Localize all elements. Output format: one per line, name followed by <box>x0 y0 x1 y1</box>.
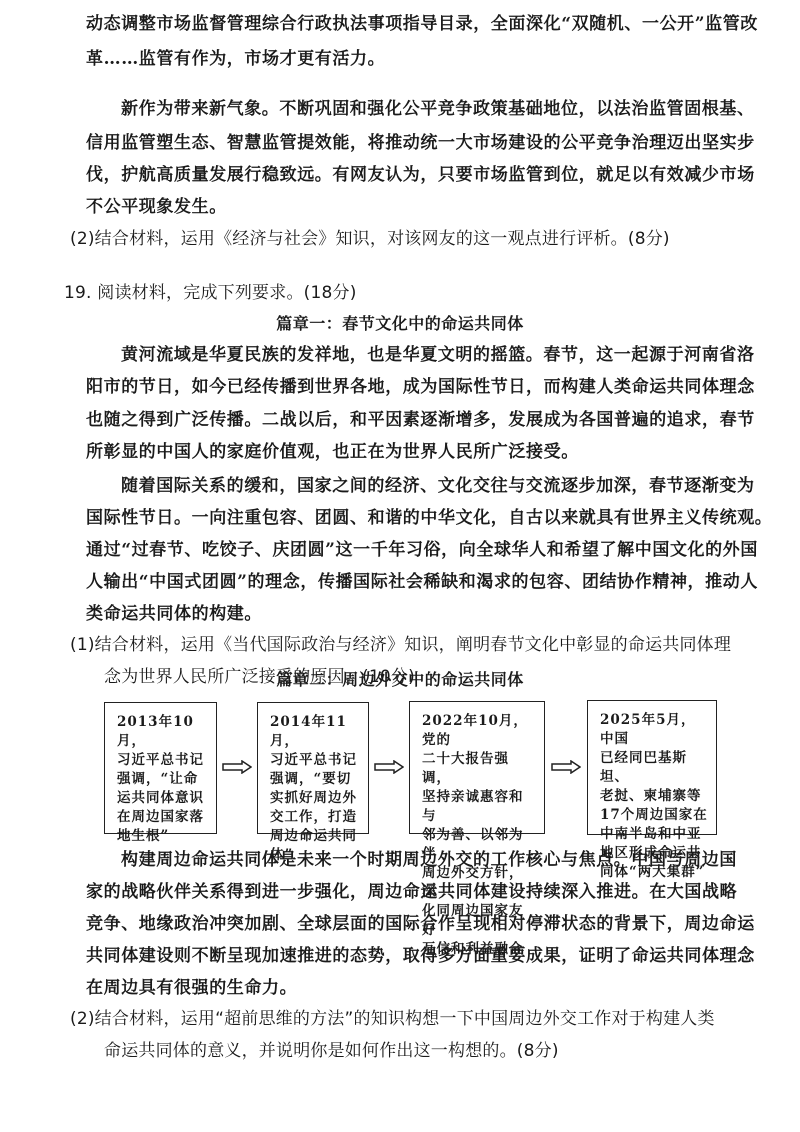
chapter-1-para-line: 国际性节日。一向注重包容、团圆、和谐的中华文化，自古以来就具有世界主义传统观。 <box>86 506 726 530</box>
chapter-1-para-line: 通过“过春节、吃饺子、庆团圆”这一千年习俗，向全球华人和希望了解中国文化的外国 <box>86 538 726 562</box>
question-18-2: (2)结合材料，运用《经济与社会》知识，对该网友的这一观点进行评析。(8分) <box>70 227 710 251</box>
question-19-title: 19. 阅读材料，完成下列要求。(18分) <box>64 281 704 305</box>
exam-page: 动态调整市场监督管理综合行政执法事项指导目录，全面深化“双随机、一公开”监管改 … <box>0 0 800 1132</box>
arrow-right-icon <box>551 760 581 774</box>
timeline-box-2013: 2013年10月， 习近平总书记 强调，“让命 运共同体意识 在周边国家落 地生… <box>104 702 217 834</box>
chapter-2-para-line: 竞争、地缘政治冲突加剧、全球层面的国际合作呈现相对停滞状态的背景下，周边命运 <box>86 912 726 936</box>
material-line: 革……监管有作为，市场才更有活力。 <box>86 47 726 71</box>
chapter-2-para-line: 构建周边命运共同体是未来一个时期周边外交的工作核心与焦点。中国与周边国 <box>121 848 761 872</box>
arrow-right-icon <box>374 760 404 774</box>
question-19-2-cont: 命运共同体的意义，并说明你是如何作出这一构想的。(8分) <box>104 1039 744 1063</box>
timeline-box-2025: 2025年5月，中国 已经同巴基斯坦、 老挝、柬埔寨等 17个周边国家在 中南半… <box>587 700 717 835</box>
chapter-2-heading: 篇章二：周边外交中的命运共同体 <box>0 669 800 691</box>
material-line: 新作为带来新气象。不断巩固和强化公平竞争政策基础地位，以法治监管固根基、 <box>121 97 761 121</box>
chapter-1-para-line: 阳市的节日，如今已经传播到世界各地，成为国际性节日，而构建人类命运共同体理念 <box>86 375 726 399</box>
timeline-box-2022: 2022年10月，党的 二十大报告强调， 坚持亲诚惠容和与 邻为善、以邻为伴 周… <box>409 701 545 834</box>
question-19-2: (2)结合材料，运用“超前思维的方法”的知识构想一下中国周边外交工作对于构建人类 <box>70 1007 710 1031</box>
chapter-1-para-line: 人输出“中国式团圆”的理念，传播国际社会稀缺和渴求的包容、团结协作精神，推动人 <box>86 570 726 594</box>
timeline-box-2014: 2014年11月， 习近平总书记 强调，“要切 实抓好周边外 交工作，打造 周边… <box>257 702 369 834</box>
chapter-1-para-line: 所彰显的中国人的家庭价值观，也正在为世界人民所广泛接受。 <box>86 440 726 464</box>
chapter-2-para-line: 共同体建设则不断呈现加速推进的态势，取得多方面重要成果，证明了命运共同体理念 <box>86 944 726 968</box>
question-19-1: (1)结合材料，运用《当代国际政治与经济》知识，阐明春节文化中彰显的命运共同体理 <box>70 633 710 657</box>
material-line: 动态调整市场监督管理综合行政执法事项指导目录，全面深化“双随机、一公开”监管改 <box>86 12 726 36</box>
material-line: 信用监管塑生态、智慧监管提效能，将推动统一大市场建设的公平竞争治理迈出坚实步 <box>86 131 726 155</box>
chapter-1-para-line: 类命运共同体的构建。 <box>86 602 726 626</box>
chapter-2-para-line: 在周边具有很强的生命力。 <box>86 976 726 1000</box>
chapter-1-para-line: 黄河流域是华夏民族的发祥地，也是华夏文明的摇篮。春节，这一起源于河南省洛 <box>121 343 761 367</box>
chapter-1-heading: 篇章一：春节文化中的命运共同体 <box>0 313 800 335</box>
material-line: 不公平现象发生。 <box>86 195 726 219</box>
chapter-1-para-line: 随着国际关系的缓和，国家之间的经济、文化交往与交流逐步加深，春节逐渐变为 <box>121 474 761 498</box>
chapter-2-para-line: 家的战略伙伴关系得到进一步强化，周边命运共同体建设持续深入推进。在大国战略 <box>86 880 726 904</box>
arrow-right-icon <box>222 760 252 774</box>
material-line: 伐，护航高质量发展行稳致远。有网友认为，只要市场监管到位，就足以有效减少市场 <box>86 163 726 187</box>
chapter-1-para-line: 也随之得到广泛传播。二战以后，和平因素逐渐增多，发展成为各国普遍的追求，春节 <box>86 408 726 432</box>
